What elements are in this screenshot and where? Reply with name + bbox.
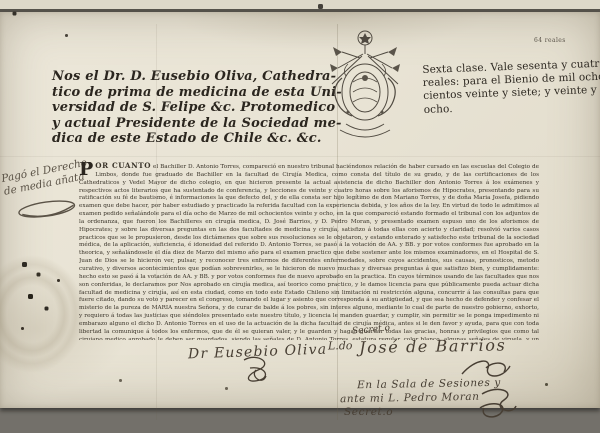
barrios-name: José de Barrios: [359, 335, 506, 357]
page-above-edge: [0, 0, 600, 12]
issuer-line: dica de este Estado de Chile &c. &c.: [52, 131, 348, 147]
signature-rubric-moran: [472, 386, 520, 424]
issuer-title: Nos el Dr. D. Eusebio Oliva, Cathedra- t…: [52, 69, 348, 147]
drop-cap: P: [79, 162, 93, 177]
handwritten-secreto-line: Secret.o: [344, 406, 393, 418]
issuer-line: y actual Presidente de la Sociedad me-: [52, 116, 348, 132]
stamp-value-note: 64 reales: [534, 37, 566, 44]
signature-rubric-oliva: [236, 354, 278, 392]
signature-barrios: L.do José de Barrios: [328, 335, 507, 357]
issuer-line: tico de prima de medicina de esta Uni-: [52, 85, 348, 101]
document-photo: 64 reales Nos el Dr. D. Eusebio Oliva, C…: [0, 0, 600, 433]
body-text: el Bachiller D. Antonio Torres, comparec…: [79, 164, 539, 340]
ink-specks: [0, 12, 1, 13]
body-lead: OR CUANTO: [95, 162, 151, 170]
handwritten-antemi-line: ante mi L. Pedro Moran: [340, 391, 480, 405]
fee-class-note: Sexta clase. Vale sesenta y cuatro reale…: [422, 58, 596, 117]
licenciado-abbrev: L.do: [328, 339, 353, 352]
body-paragraph: POR CUANTO el Bachiller D. Antonio Torre…: [79, 162, 539, 340]
issuer-line: versidad de S. Felipe &c. Protomedico: [52, 100, 348, 116]
margin-note-rubric: [14, 194, 79, 228]
issuer-line: Nos el Dr. D. Eusebio Oliva, Cathedra-: [52, 69, 348, 85]
embossed-seal: [0, 255, 84, 373]
coat-of-arms-emblem: [318, 28, 412, 152]
diploma-paper: 64 reales Nos el Dr. D. Eusebio Oliva, C…: [0, 12, 600, 408]
